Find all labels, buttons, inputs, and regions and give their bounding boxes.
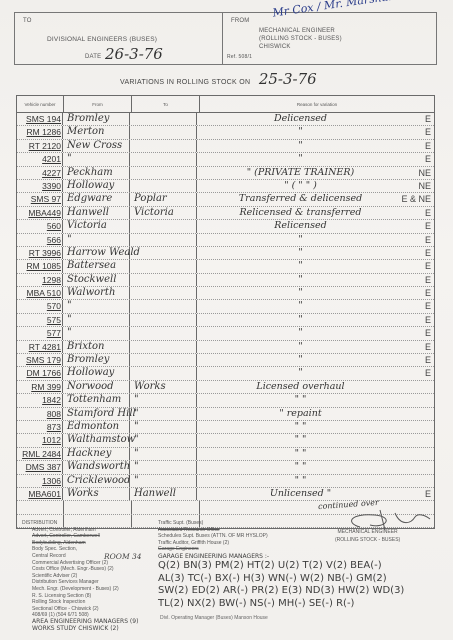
reason-text: " repaint (197, 408, 404, 420)
signatory-title: MECHANICAL ENGINEER (ROLLING STOCK - BUS… (335, 528, 400, 544)
to-garage: Hanwell (130, 488, 197, 500)
table-row: 1298Stockwell"E (17, 274, 434, 287)
reference-number: Ref. 508/1 (227, 54, 252, 60)
reason: " (PRIVATE TRAINER)NE (197, 167, 434, 179)
vehicle-number: 577 (17, 327, 63, 339)
from-garage: " (63, 327, 130, 339)
reason-text: " (197, 327, 404, 339)
from-garage: " (63, 300, 130, 312)
signatory-line-2: (ROLLING STOCK - BUSES) (335, 536, 400, 544)
to-garage: Works (130, 381, 197, 393)
from-line-3: CHISWICK (259, 44, 291, 50)
reason-text: " (197, 247, 404, 259)
status-code: NE (418, 180, 431, 192)
table-row: RM 1085Battersea"E (17, 260, 434, 273)
from-garage: Wandsworth (63, 461, 130, 473)
reason-text: " ( " " ) (197, 180, 404, 192)
reason-text: " " (197, 448, 404, 460)
from-garage: Harrow Weald (63, 247, 130, 259)
reason: RelicensedE (197, 220, 434, 232)
garage-line-3: SW(2) ED(2) AR(-) PR(2) E(3) ND(3) HW(2)… (158, 585, 404, 598)
col-to: To (132, 96, 200, 112)
distribution-right-item: Traffic Supt. (Buses) (158, 520, 268, 527)
vehicle-number: 4201 (17, 153, 63, 165)
memo-page: TO DIVISIONAL ENGINEERS (BUSES) DATE 26-… (0, 0, 453, 640)
to-garage: " (130, 475, 197, 487)
reason: "E (197, 341, 434, 353)
col-vehicle-number: Vehicle number (17, 96, 64, 112)
reason-text: " (197, 287, 404, 299)
title-date: 25-3-76 (259, 70, 317, 88)
reason: "E (197, 287, 434, 299)
reason: " ( " " )NE (197, 180, 434, 192)
page-title: VARIATIONS IN ROLLING STOCK ON 25-3-76 (120, 70, 317, 89)
reason: "E (197, 247, 434, 259)
from-garage: Stockwell (63, 274, 130, 286)
distribution-item: Distribution Services Manager (32, 579, 138, 586)
status-code: E (425, 314, 431, 326)
vehicle-number: 1306 (17, 475, 63, 487)
vehicle-number: MBA449 (17, 207, 63, 219)
variations-table: Vehicle number From To Reason for variat… (16, 95, 435, 529)
table-row: DMS 387Wandsworth"" " (17, 461, 434, 474)
distribution-heading: DISTRIBUTION (22, 520, 138, 527)
from-garage: Merton (63, 126, 130, 138)
reason-text: " (197, 140, 404, 152)
distribution-item: Advert, Controller, Aldenham (32, 527, 138, 534)
from-garage: Peckham (63, 167, 130, 179)
from-garage: Edgware (63, 193, 130, 205)
reason-text: " (PRIVATE TRAINER) (197, 167, 404, 179)
table-row: 1842Tottenham"" " (17, 394, 434, 407)
to-garage (130, 327, 197, 339)
distribution-item: R. S. Licensing Section (8) (32, 593, 138, 600)
vehicle-number: 570 (17, 300, 63, 312)
distribution-right-item: Schedules Supt. Buses (ATTN. OF MR HYSLO… (158, 533, 268, 540)
status-code: E (425, 327, 431, 339)
distribution-footer: Divl. Operating Manager (Buses) Manson H… (160, 615, 268, 621)
to-garage: Poplar (130, 193, 197, 205)
vehicle-number: 566 (17, 234, 63, 246)
reason: Unlicensed "E (197, 488, 434, 500)
reason-text: " (197, 274, 404, 286)
distribution-item: Mech. Engr. (Development - Buses) (2) (32, 586, 138, 593)
reason: "E (197, 153, 434, 165)
to-garage (130, 341, 197, 353)
col-reason: Reason for variation (200, 96, 434, 112)
date-label: DATE (85, 54, 101, 60)
from-garage: Stamford Hill (63, 408, 130, 420)
vehicle-number: RT 2120 (17, 140, 63, 152)
to-garage (130, 126, 197, 138)
reason-text: " (197, 314, 404, 326)
from-garage: Walworth (63, 287, 130, 299)
garage-heading: GARAGE ENGINEERING MANAGERS :- (158, 553, 404, 560)
status-code: E (425, 234, 431, 246)
reason-text: " (197, 126, 404, 138)
reason-text: " " (197, 394, 404, 406)
to-garage (130, 220, 197, 232)
table-row: SMS 179Bromley"E (17, 354, 434, 367)
status-code: E & NE (401, 193, 431, 205)
vehicle-number: 1298 (17, 274, 63, 286)
reason: "E (197, 300, 434, 312)
to-garage: " (130, 434, 197, 446)
reason-text: Licensed overhaul (197, 381, 404, 393)
vehicle-number: 560 (17, 220, 63, 232)
reason-text: " " (197, 475, 404, 487)
vehicle-number: 1012 (17, 434, 63, 446)
vehicle-number: RML 2484 (17, 448, 63, 460)
status-code: E (425, 287, 431, 299)
from-line-2: (ROLLING STOCK - BUSES) (259, 36, 342, 42)
garage-line-1: Q(2) BN(3) PM(2) HT(2) U(2) T(2) V(2) BE… (158, 560, 404, 573)
vehicle-number: 3390 (17, 180, 63, 192)
to-garage: " (130, 421, 197, 433)
vehicle-number: DMS 387 (17, 461, 63, 473)
status-code: NE (418, 167, 431, 179)
table-row: RM 399NorwoodWorksLicensed overhaul (17, 381, 434, 394)
distribution-right-item: Traffic Auditor, Griffith House (2) (158, 540, 268, 547)
reason: "E (197, 260, 434, 272)
reason: " repaint (197, 408, 434, 420)
table-row: DM 1766Holloway"E (17, 367, 434, 380)
table-row: 3390Holloway" ( " " )NE (17, 180, 434, 193)
reason-text: " " (197, 421, 404, 433)
reason-text: " " (197, 434, 404, 446)
garage-line-4: TL(2) NX(2) BW(-) NS(-) MH(-) SE(-) R(-) (158, 598, 404, 611)
distribution-right: Traffic Supt. (Buses)Associated Research… (158, 520, 268, 553)
reason: "E (197, 314, 434, 326)
table-row: RT 2120New Cross"E (17, 140, 434, 153)
status-code: E (425, 300, 431, 312)
status-code: E (425, 488, 431, 500)
reason: " " (197, 434, 434, 446)
reason: Licensed overhaul (197, 381, 434, 393)
room-note: ROOM 34 (104, 552, 142, 561)
status-code: E (425, 126, 431, 138)
table-body: SMS 194BromleyDelicensedERM 1286Merton"E… (17, 113, 434, 528)
table-row: MBA449HanwellVictoriaRelicensed & transf… (17, 207, 434, 220)
table-row: SMS 194BromleyDelicensedE (17, 113, 434, 126)
reason: "E (197, 126, 434, 138)
to-garage (130, 367, 197, 379)
status-code: E (425, 247, 431, 259)
reason: " " (197, 394, 434, 406)
distribution-item: Scientific Adviser (2) (32, 573, 138, 580)
from-garage: Walthamstow (63, 434, 130, 446)
reason: "E (197, 354, 434, 366)
to-garage (130, 247, 197, 259)
table-row: SMS 97EdgwarePoplarTransferred & delicen… (17, 193, 434, 206)
reason: "E (197, 367, 434, 379)
signatory-line-1: MECHANICAL ENGINEER (335, 528, 400, 536)
vehicle-number: RT 4281 (17, 341, 63, 353)
to-garage: " (130, 408, 197, 420)
table-row: 808Stamford Hill"" repaint (17, 408, 434, 421)
to-garage (130, 140, 197, 152)
from-box: FROM MECHANICAL ENGINEER (ROLLING STOCK … (222, 12, 437, 65)
distribution-handwritten-2: WORKS STUDY CHISWICK (2) (32, 626, 138, 633)
vehicle-number: DM 1766 (17, 367, 63, 379)
reason: DelicensedE (197, 113, 434, 125)
distribution-list: DISTRIBUTION Advert, Controller, Aldenha… (22, 520, 138, 632)
from-garage: Hanwell (63, 207, 130, 219)
status-code: E (425, 367, 431, 379)
title-text: VARIATIONS IN ROLLING STOCK ON (120, 79, 250, 86)
status-code: E (425, 220, 431, 232)
col-from: From (64, 96, 132, 112)
distribution-right-item: Garage Engineers (158, 546, 268, 553)
vehicle-number: SMS 179 (17, 354, 63, 366)
from-garage: Holloway (63, 180, 130, 192)
from-garage: Hackney (63, 448, 130, 460)
table-row: MBA 510Walworth"E (17, 287, 434, 300)
garage-line-2: AL(3) TC(-) BX(-) H(3) WN(-) W(2) NB(-) … (158, 573, 404, 586)
status-code: E (425, 153, 431, 165)
vehicle-number: RM 399 (17, 381, 63, 393)
to-garage (130, 354, 197, 366)
to-label: TO (23, 18, 32, 24)
from-garage: " (63, 234, 130, 246)
table-row: 4227Peckham" (PRIVATE TRAINER)NE (17, 167, 434, 180)
table-row: RM 1286Merton"E (17, 126, 434, 139)
reason: " " (197, 448, 434, 460)
distribution-item: Rolling Stock Inspection (32, 599, 138, 606)
reason: "E (197, 140, 434, 152)
from-garage: Bromley (63, 113, 130, 125)
from-label: FROM (231, 18, 249, 24)
reason: Transferred & delicensedE & NE (197, 193, 434, 205)
reason-text: " " (197, 461, 404, 473)
reason: Relicensed & transferredE (197, 207, 434, 219)
to-garage (130, 180, 197, 192)
to-garage: " (130, 448, 197, 460)
reason-text: " (197, 260, 404, 272)
vehicle-number: RM 1085 (17, 260, 63, 272)
to-garage: Victoria (130, 207, 197, 219)
reason-text: " (197, 354, 404, 366)
status-code: E (425, 207, 431, 219)
from-garage: Battersea (63, 260, 130, 272)
from-garage: " (63, 314, 130, 326)
vehicle-number: 873 (17, 421, 63, 433)
from-garage: Victoria (63, 220, 130, 232)
status-code: E (425, 274, 431, 286)
to-garage: " (130, 461, 197, 473)
to-box: TO DIVISIONAL ENGINEERS (BUSES) DATE 26-… (14, 12, 223, 65)
reason-text: " (197, 341, 404, 353)
date-value: 26-3-76 (105, 45, 163, 63)
distribution-item: Bodybuilding, Aldenham (32, 540, 138, 547)
table-row: 577""E (17, 327, 434, 340)
table-row: 1012Walthamstow"" " (17, 434, 434, 447)
reason-text: Delicensed (197, 113, 404, 125)
table-row: RT 3996Harrow Weald"E (17, 247, 434, 260)
reason: "E (197, 274, 434, 286)
vehicle-number: SMS 97 (17, 193, 63, 205)
vehicle-number: 808 (17, 408, 63, 420)
vehicle-number: 4227 (17, 167, 63, 179)
table-row: 560VictoriaRelicensedE (17, 220, 434, 233)
status-code: E (425, 140, 431, 152)
from-garage: Holloway (63, 367, 130, 379)
distribution-right-items: Traffic Supt. (Buses)Associated Research… (158, 520, 268, 553)
reason-text: Transferred & delicensed (197, 193, 404, 205)
from-line-1: MECHANICAL ENGINEER (259, 28, 335, 34)
table-row: 575""E (17, 314, 434, 327)
table-row: 570""E (17, 300, 434, 313)
vehicle-number: MBA601 (17, 488, 63, 500)
status-code: E (425, 260, 431, 272)
reason-text: Relicensed (197, 220, 404, 232)
reason-text: Relicensed & transferred (197, 207, 404, 219)
to-garage (130, 153, 197, 165)
distribution-item: Costs Office (Mech. Engr.-Buses) (2) (32, 566, 138, 573)
distribution-items: Advert, Controller, AldenhamAdvert, Cont… (22, 527, 138, 619)
table-row: 4201""E (17, 153, 434, 166)
reason: "E (197, 327, 434, 339)
reason-text: " (197, 153, 404, 165)
distribution-right-item: Associated Research Office (158, 527, 268, 534)
reason: " " (197, 475, 434, 487)
table-row: RML 2484Hackney"" " (17, 448, 434, 461)
status-code: E (425, 341, 431, 353)
reason-text: " (197, 300, 404, 312)
to-recipient: DIVISIONAL ENGINEERS (BUSES) (47, 36, 157, 43)
to-garage (130, 300, 197, 312)
from-garage: Cricklewood (63, 475, 130, 487)
vehicle-number: MBA 510 (17, 287, 63, 299)
to-garage (130, 314, 197, 326)
from-garage: Works (63, 488, 130, 500)
status-code: E (425, 354, 431, 366)
reason: "E (197, 234, 434, 246)
table-row: 1306Cricklewood"" " (17, 475, 434, 488)
vehicle-number: 1842 (17, 394, 63, 406)
from-garage: New Cross (63, 140, 130, 152)
to-garage (130, 167, 197, 179)
from-garage: Brixton (63, 341, 130, 353)
to-garage (130, 274, 197, 286)
to-garage (130, 234, 197, 246)
table-row: 873Edmonton"" " (17, 421, 434, 434)
status-code: E (425, 113, 431, 125)
table-row: RT 4281Brixton"E (17, 341, 434, 354)
distribution-item: Sectional Office - Chiswick (2) (32, 606, 138, 613)
from-garage: Bromley (63, 354, 130, 366)
table-header: Vehicle number From To Reason for variat… (17, 96, 434, 113)
reason: " " (197, 461, 434, 473)
reason: " " (197, 421, 434, 433)
to-garage: " (130, 394, 197, 406)
vehicle-number: SMS 194 (17, 113, 63, 125)
vehicle-number: 575 (17, 314, 63, 326)
table-row: 566""E (17, 234, 434, 247)
vehicle-number: RM 1286 (17, 126, 63, 138)
garage-managers: GARAGE ENGINEERING MANAGERS :- Q(2) BN(3… (158, 553, 404, 610)
from-garage: Tottenham (63, 394, 130, 406)
vehicle-number: RT 3996 (17, 247, 63, 259)
distribution-item: Advert, Controller, Camberwell (32, 533, 138, 540)
to-garage (130, 113, 197, 125)
reason-text: " (197, 234, 404, 246)
from-garage: Norwood (63, 381, 130, 393)
from-garage: Edmonton (63, 421, 130, 433)
from-garage: " (63, 153, 130, 165)
to-garage (130, 260, 197, 272)
reason-text: " (197, 367, 404, 379)
to-garage (130, 287, 197, 299)
